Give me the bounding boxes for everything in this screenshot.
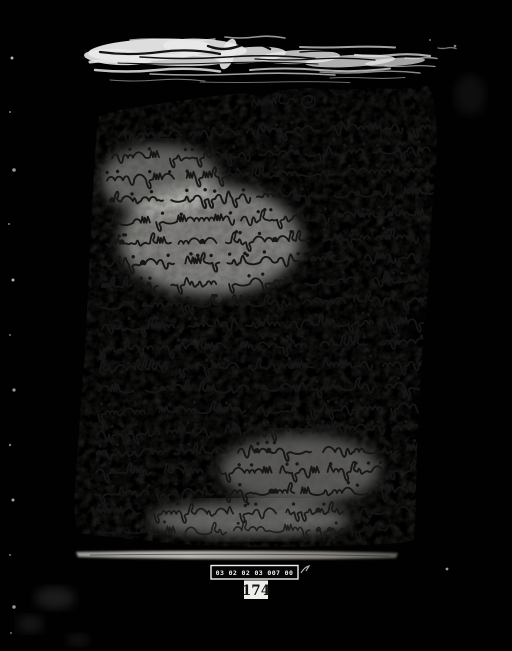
archive-code-label: 03 02 02 03 007 00 bbox=[211, 566, 309, 580]
archive-code-text: 03 02 02 03 007 00 bbox=[216, 569, 294, 577]
manuscript-photo: 03 02 02 03 007 00 174 bbox=[0, 0, 512, 651]
arrow-artifact bbox=[301, 566, 309, 573]
header-spiral-dot bbox=[306, 103, 308, 105]
microfilm-frame: 03 02 02 03 007 00 174 bbox=[0, 0, 512, 651]
page-number-plate: 174 bbox=[242, 581, 270, 600]
page-number-text: 174 bbox=[242, 583, 270, 599]
